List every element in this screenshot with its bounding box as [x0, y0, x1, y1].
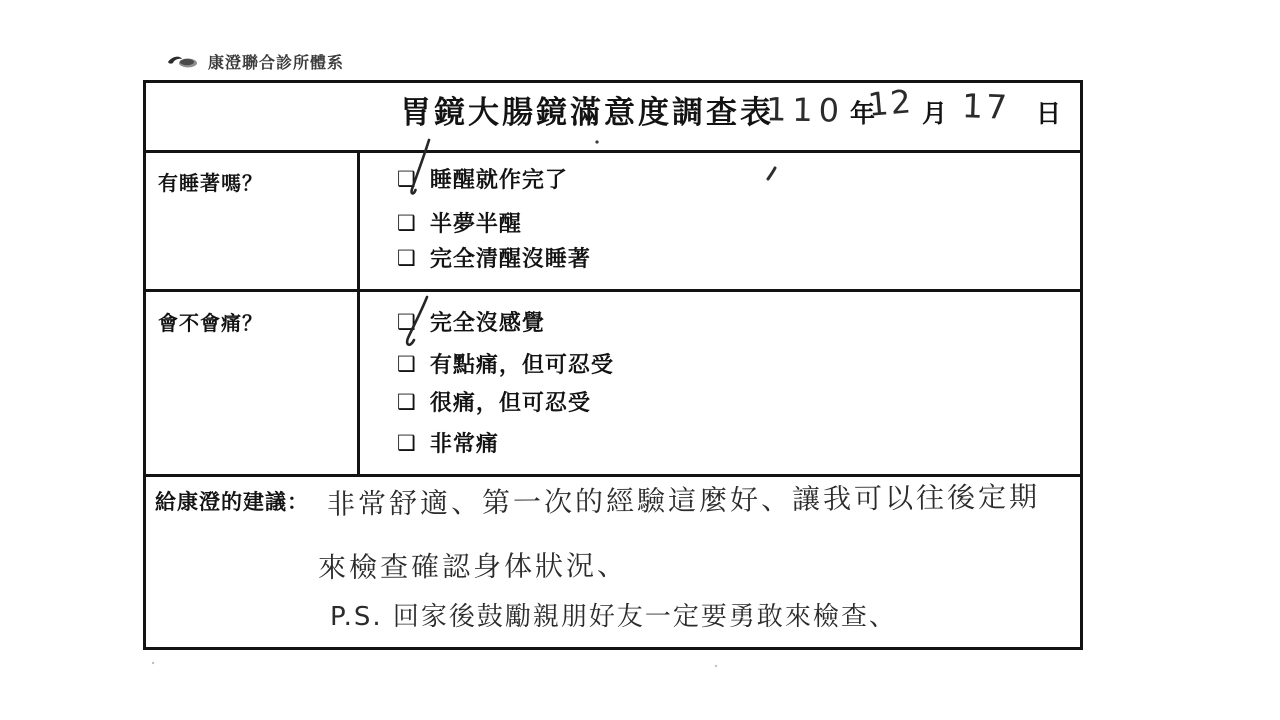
question2-option2: ❑ 有點痛，但可忍受	[397, 352, 614, 377]
question1-option1-label: 睡醒就作完了	[430, 167, 568, 192]
form-title: 胃鏡大腸鏡滿意度調查表	[400, 97, 774, 128]
date-day-label: 日	[1036, 102, 1061, 127]
row-divider-1	[146, 150, 1080, 153]
question2-option1-label: 完全沒感覺	[430, 310, 545, 335]
question1-option1: ❑ 睡醒就作完了	[397, 167, 568, 192]
checkbox-q2-option2[interactable]: ❑	[397, 354, 416, 375]
checkbox-q2-option3[interactable]: ❑	[397, 392, 416, 413]
question1-option3: ❑ 完全清醒沒睡著	[397, 246, 591, 271]
scan-speck-3	[715, 665, 717, 667]
question2-label: 會不會痛？	[158, 314, 263, 334]
handwritten-suggestion-line1: 非常舒適、第一次的經驗這麼好、讓我可以往後定期	[327, 483, 1040, 518]
question2-option2-label: 有點痛，但可忍受	[430, 352, 614, 377]
checkbox-q2-option4[interactable]: ❑	[397, 433, 416, 454]
date-year-value: 110	[766, 93, 846, 126]
clinic-logo: 康澄聯合診所體系	[166, 50, 344, 73]
checkbox-q1-option2[interactable]: ❑	[397, 213, 416, 234]
question2-option1: ❑ 完全沒感覺	[397, 310, 545, 335]
checkbox-q1-option3[interactable]: ❑	[397, 248, 416, 269]
date-day-value: 17	[961, 89, 1010, 124]
question1-option2: ❑ 半夢半醒	[397, 211, 522, 236]
question1-label: 有睡著嗎？	[158, 174, 263, 194]
question1-option2-label: 半夢半醒	[430, 211, 522, 236]
clinic-logo-icon	[166, 54, 200, 70]
row-divider-2	[146, 289, 1080, 292]
checkbox-q1-option1[interactable]: ❑	[397, 169, 416, 190]
date-month-value: 12	[867, 85, 914, 121]
clinic-logo-text: 康澄聯合診所體系	[208, 50, 344, 73]
scanned-survey-page: 康澄聯合診所體系 胃鏡大腸鏡滿意度調查表 110 年 12 月 17 日 有睡著…	[0, 0, 1280, 720]
question2-option3: ❑ 很痛，但可忍受	[397, 390, 591, 415]
question2-option4-label: 非常痛	[430, 431, 499, 456]
scan-speck-2	[152, 662, 154, 664]
question2-option3-label: 很痛，但可忍受	[430, 390, 591, 415]
handwritten-suggestion-line3: P.S. 回家後鼓勵親朋好友一定要勇敢來檢查、	[330, 604, 897, 630]
checkbox-q2-option1[interactable]: ❑	[397, 312, 416, 333]
handwritten-suggestion-line2: 來檢查確認身体狀況、	[318, 552, 628, 582]
date-month-label: 月	[922, 102, 947, 127]
question1-option3-label: 完全清醒沒睡著	[430, 246, 591, 271]
suggestions-label: 給康澄的建議：	[155, 492, 309, 513]
column-divider	[357, 150, 360, 477]
question2-option4: ❑ 非常痛	[397, 431, 499, 456]
row-divider-3	[146, 474, 1080, 477]
